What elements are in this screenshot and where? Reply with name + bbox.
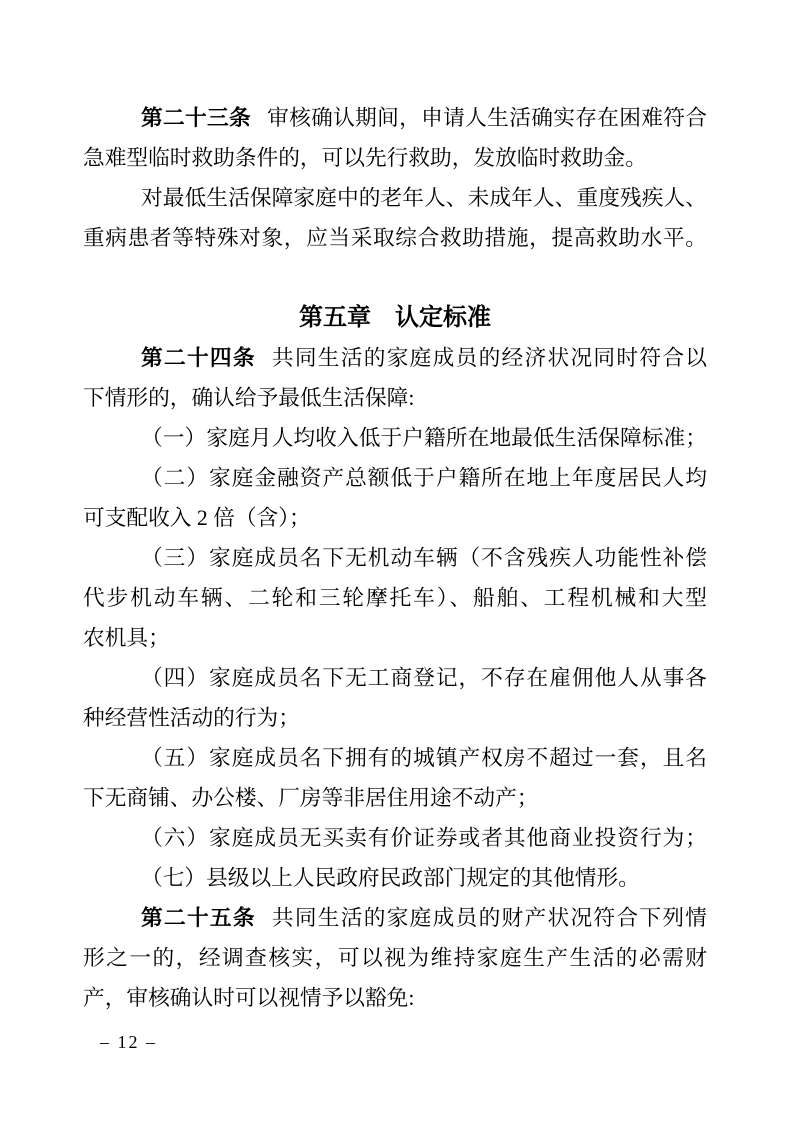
text-line: （五）家庭成员名下拥有的城镇产权房不超过一套，且名 (83, 738, 707, 778)
document-body: 第二十三条审核确认期间，申请人生活确实存在困难符合急难型临时救助条件的，可以先行… (83, 98, 707, 1018)
text-line: （七）县级以上人民政府民政部门规定的其他情形。 (83, 858, 707, 898)
article-text: 共同生活的家庭成员的财产状况符合下列情 (272, 906, 707, 930)
text-line: 第二十五条共同生活的家庭成员的财产状况符合下列情 (83, 898, 707, 938)
article-number-label: 第二十三条 (141, 105, 251, 130)
text-line: 急难型临时救助条件的，可以先行救助，发放临时救助金。 (83, 138, 707, 178)
text-line: 第二十三条审核确认期间，申请人生活确实存在困难符合 (83, 98, 707, 138)
text-line: （三）家庭成员名下无机动车辆（不含残疾人功能性补偿 (83, 538, 707, 578)
text-line: 重病患者等特殊对象，应当采取综合救助措施，提高救助水平。 (83, 218, 707, 258)
text-line: （四）家庭成员名下无工商登记，不存在雇佣他人从事各 (83, 658, 707, 698)
article-number-label: 第二十五条 (141, 905, 256, 930)
article-text: 共同生活的家庭成员的经济状况同时符合以 (272, 346, 707, 370)
text-line: 农机具； (83, 618, 707, 658)
text-line: 对最低生活保障家庭中的老年人、未成年人、重度残疾人、 (83, 178, 707, 218)
article-text: 审核确认期间，申请人生活确实存在困难符合 (267, 106, 707, 130)
text-line: 形之一的，经调查核实，可以视为维持家庭生产生活的必需财 (83, 938, 707, 978)
text-line: （二）家庭金融资产总额低于户籍所在地上年度居民人均 (83, 458, 707, 498)
page-number: – 12 – (100, 1030, 157, 1054)
text-line: 种经营性活动的行为； (83, 698, 707, 738)
text-line: 第二十四条共同生活的家庭成员的经济状况同时符合以 (83, 338, 707, 378)
article-number-label: 第二十四条 (141, 345, 256, 370)
chapter-heading: 第五章 认定标准 (83, 298, 707, 338)
text-line: 可支配收入 2 倍（含）； (83, 498, 707, 538)
text-line: 产，审核确认时可以视情予以豁免: (83, 978, 707, 1018)
text-line: （一）家庭月人均收入低于户籍所在地最低生活保障标准； (83, 418, 707, 458)
text-line: （六）家庭成员无买卖有价证券或者其他商业投资行为； (83, 818, 707, 858)
text-line: 下情形的，确认给予最低生活保障: (83, 378, 707, 418)
document-page: 第二十三条审核确认期间，申请人生活确实存在困难符合急难型临时救助条件的，可以先行… (0, 0, 793, 1122)
text-line: 下无商铺、办公楼、厂房等非居住用途不动产； (83, 778, 707, 818)
text-line: 代步机动车辆、二轮和三轮摩托车）、船舶、工程机械和大型 (83, 578, 707, 618)
